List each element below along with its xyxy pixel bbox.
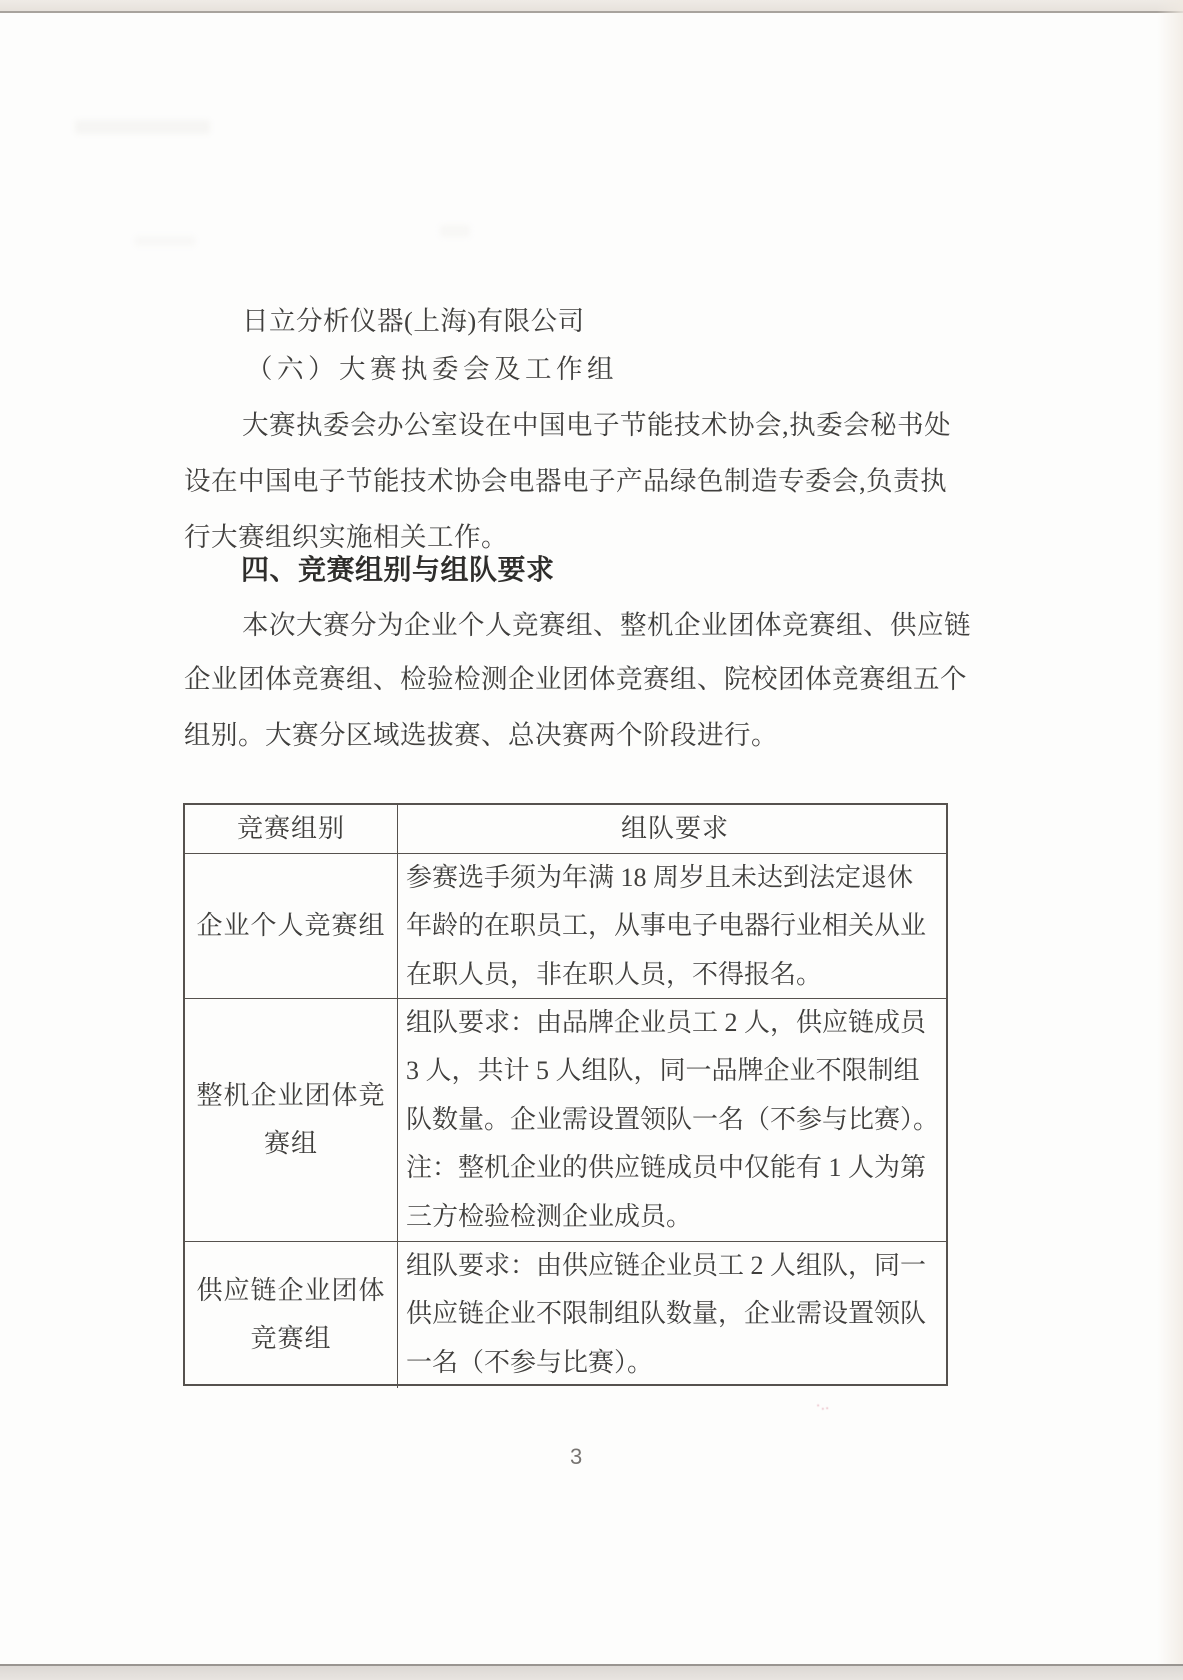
table-row: 整机企业团体竞赛组 组队要求：由品牌企业员工 2 人，供应链成员 3 人，共计 … bbox=[185, 999, 946, 1242]
requirement-line: 供应链企业不限制组队数量，企业需设置领队 bbox=[406, 1290, 944, 1338]
requirement-line: 在职人员，非在职人员，不得报名。 bbox=[406, 951, 944, 998]
paragraph-line: 设在中国电子节能技术协会电器电子产品绿色制造专委会,负责执 bbox=[184, 468, 947, 495]
paragraph-line: 大赛执委会办公室设在中国电子节能技术协会,执委会秘书处 bbox=[242, 412, 951, 439]
table-header-requirements-col: 组队要求 bbox=[398, 805, 946, 853]
requirement-line: 组队要求：由品牌企业员工 2 人，供应链成员 bbox=[406, 999, 944, 1047]
competition-groups-table: 竞赛组别 组队要求 企业个人竞赛组 参赛选手须为年满 18 周岁且未达到法定退休… bbox=[183, 803, 948, 1386]
paragraph-line: 本次大赛分为企业个人竞赛组、整机企业团体竞赛组、供应链 bbox=[242, 612, 971, 639]
requirements-cell: 组队要求：由供应链企业员工 2 人组队，同一 供应链企业不限制组队数量，企业需设… bbox=[398, 1242, 946, 1388]
table-row: 供应链企业团体竞赛组 组队要求：由供应链企业员工 2 人组队，同一 供应链企业不… bbox=[185, 1242, 946, 1388]
paragraph-line: 组别。大赛分区域选拔赛、总决赛两个阶段进行。 bbox=[184, 722, 778, 749]
table-header-row: 竞赛组别 组队要求 bbox=[185, 805, 946, 854]
group-cell: 整机企业团体竞赛组 bbox=[185, 999, 398, 1241]
company-line: 日立分析仪器(上海)有限公司 bbox=[242, 308, 585, 335]
scan-edge-bottom bbox=[0, 1664, 1183, 1680]
scan-edge-right bbox=[1157, 0, 1183, 1680]
requirement-line: 一名（不参与比赛）。 bbox=[406, 1339, 944, 1387]
section-heading-4: 四、竞赛组别与组队要求 bbox=[241, 556, 555, 584]
document-page: 日立分析仪器(上海)有限公司 （六）大赛执委会及工作组 大赛执委会办公室设在中国… bbox=[0, 0, 1183, 1680]
requirement-line: 注：整机企业的供应链成员中仅能有 1 人为第 bbox=[406, 1144, 944, 1192]
bleedthrough-artifact bbox=[135, 236, 195, 246]
section-heading-6: （六）大赛执委会及工作组 bbox=[246, 356, 618, 383]
requirement-line: 队数量。企业需设置领队一名（不参与比赛）。 bbox=[406, 1096, 944, 1144]
table-row: 企业个人竞赛组 参赛选手须为年满 18 周岁且未达到法定退休 年龄的在职员工，从… bbox=[185, 854, 946, 999]
group-cell: 供应链企业团体竞赛组 bbox=[185, 1242, 398, 1388]
paragraph-line: 行大赛组织实施相关工作。 bbox=[184, 524, 508, 551]
paragraph-line: 企业团体竞赛组、检验检测企业团体竞赛组、院校团体竞赛组五个 bbox=[184, 666, 967, 693]
requirements-cell: 组队要求：由品牌企业员工 2 人，供应链成员 3 人，共计 5 人组队，同一品牌… bbox=[398, 999, 946, 1241]
requirement-line: 年龄的在职员工，从事电子电器行业相关从业 bbox=[406, 902, 944, 950]
table-header-group-col: 竞赛组别 bbox=[185, 805, 398, 853]
bleedthrough-artifact bbox=[75, 120, 210, 134]
requirement-line: 三方检验检测企业成员。 bbox=[406, 1193, 944, 1241]
group-cell: 企业个人竞赛组 bbox=[185, 854, 398, 998]
requirement-line: 参赛选手须为年满 18 周岁且未达到法定退休 bbox=[406, 854, 944, 902]
requirements-cell: 参赛选手须为年满 18 周岁且未达到法定退休 年龄的在职员工，从事电子电器行业相… bbox=[398, 854, 946, 998]
scan-artifact-red: ·‥ bbox=[815, 1397, 839, 1413]
scan-edge-top bbox=[0, 0, 1183, 13]
page-number: 3 bbox=[570, 1444, 582, 1470]
requirement-line: 组队要求：由供应链企业员工 2 人组队，同一 bbox=[406, 1242, 944, 1290]
bleedthrough-artifact bbox=[440, 225, 470, 237]
requirement-line: 3 人，共计 5 人组队，同一品牌企业不限制组 bbox=[406, 1047, 944, 1095]
